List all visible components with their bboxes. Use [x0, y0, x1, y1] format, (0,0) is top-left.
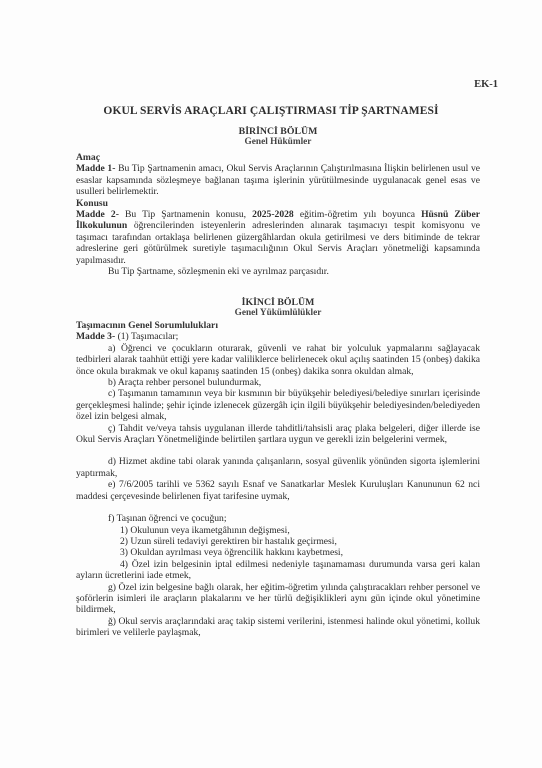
item-f: f) Taşınan öğrenci ve çocuğun;	[76, 513, 480, 524]
madde-1-text: Bu Tip Şartnamenin amacı, Okul Servis Ar…	[76, 163, 480, 197]
sub-item-4: 4) Özel izin belgesinin iptal edilmesi n…	[76, 559, 480, 582]
sub-item-3: 3) Okuldan ayrılması veya öğrencilik hak…	[76, 547, 480, 558]
item-d: d) Hizmet akdine tabi olarak yanında çal…	[76, 456, 480, 479]
document-page: EK-1 OKUL SERVİS ARAÇLARI ÇALIŞTIRMASI T…	[0, 0, 542, 768]
amac-heading: Amaç	[76, 152, 480, 163]
sub-item-1: 1) Okulunun veya ikametgâhının değişmesi…	[76, 525, 480, 536]
madde-2-label: Madde 2-	[76, 209, 119, 220]
annex-label: EK-1	[474, 79, 498, 90]
madde-1: Madde 1- Bu Tip Şartnamenin amacı, Okul …	[76, 163, 480, 197]
madde-2-text-after: öğrencilerinden isteyenlerin adreslerind…	[76, 220, 480, 265]
sub-item-2: 2) Uzun süreli tedaviyi gerektiren bir h…	[76, 536, 480, 547]
annex-note: Bu Tip Şartname, sözleşmenin eki ve ayrı…	[76, 266, 480, 277]
item-cedilla: ç) Tahdit ve/veya tahsis uygulanan iller…	[76, 423, 480, 446]
madde-3-intro: (1) Taşımacılar;	[115, 331, 178, 342]
section-2-title: İKİNCİ BÖLÜM	[76, 297, 480, 308]
document-title: OKUL SERVİS ARAÇLARI ÇALIŞTIRMASI TİP ŞA…	[0, 105, 542, 117]
madde-2: Madde 2- Bu Tip Şartnamenin konusu, 2025…	[76, 209, 480, 266]
section-2-subtitle: Genel Yükümlülükler	[76, 308, 480, 319]
konusu-heading: Konusu	[76, 198, 480, 209]
madde-2-years: 2025-2028	[252, 209, 294, 220]
madde-1-label: Madde 1-	[76, 163, 115, 174]
madde-3-label: Madde 3-	[76, 331, 115, 342]
item-e: e) 7/6/2005 tarihli ve 5362 sayılı Esnaf…	[76, 479, 480, 502]
section-1-title: BİRİNCİ BÖLÜM	[76, 126, 480, 137]
amac-block: Amaç Madde 1- Bu Tip Şartnamenin amacı, …	[76, 152, 480, 277]
item-a: a) Öğrenci ve çocukların oturarak, güven…	[76, 343, 480, 377]
sorumluluklar-heading: Taşımacının Genel Sorumlulukları	[76, 320, 480, 331]
section-1: BİRİNCİ BÖLÜM Genel Hükümler	[76, 126, 480, 149]
item-g: g) Özel izin belgesine bağlı olarak, her…	[76, 582, 480, 616]
section-1-subtitle: Genel Hükümler	[76, 137, 480, 148]
section-2: İKİNCİ BÖLÜM Genel Yükümlülükler	[76, 297, 480, 320]
madde-2-text-before: Bu Tip Şartnamenin konusu,	[119, 209, 252, 220]
item-b: b) Araçta rehber personel bulundurmak,	[76, 377, 480, 388]
madde-2-text-middle: eğitim-öğretim yılı boyunca	[294, 209, 421, 220]
sorumluluklar-block: Taşımacının Genel Sorumlulukları Madde 3…	[76, 320, 480, 639]
item-c: c) Taşımanın tamamının veya bir kısmının…	[76, 388, 480, 422]
item-g-breve: ğ) Okul servis araçlarındaki araç takip …	[76, 616, 480, 639]
madde-3: Madde 3- (1) Taşımacılar;	[76, 331, 480, 342]
